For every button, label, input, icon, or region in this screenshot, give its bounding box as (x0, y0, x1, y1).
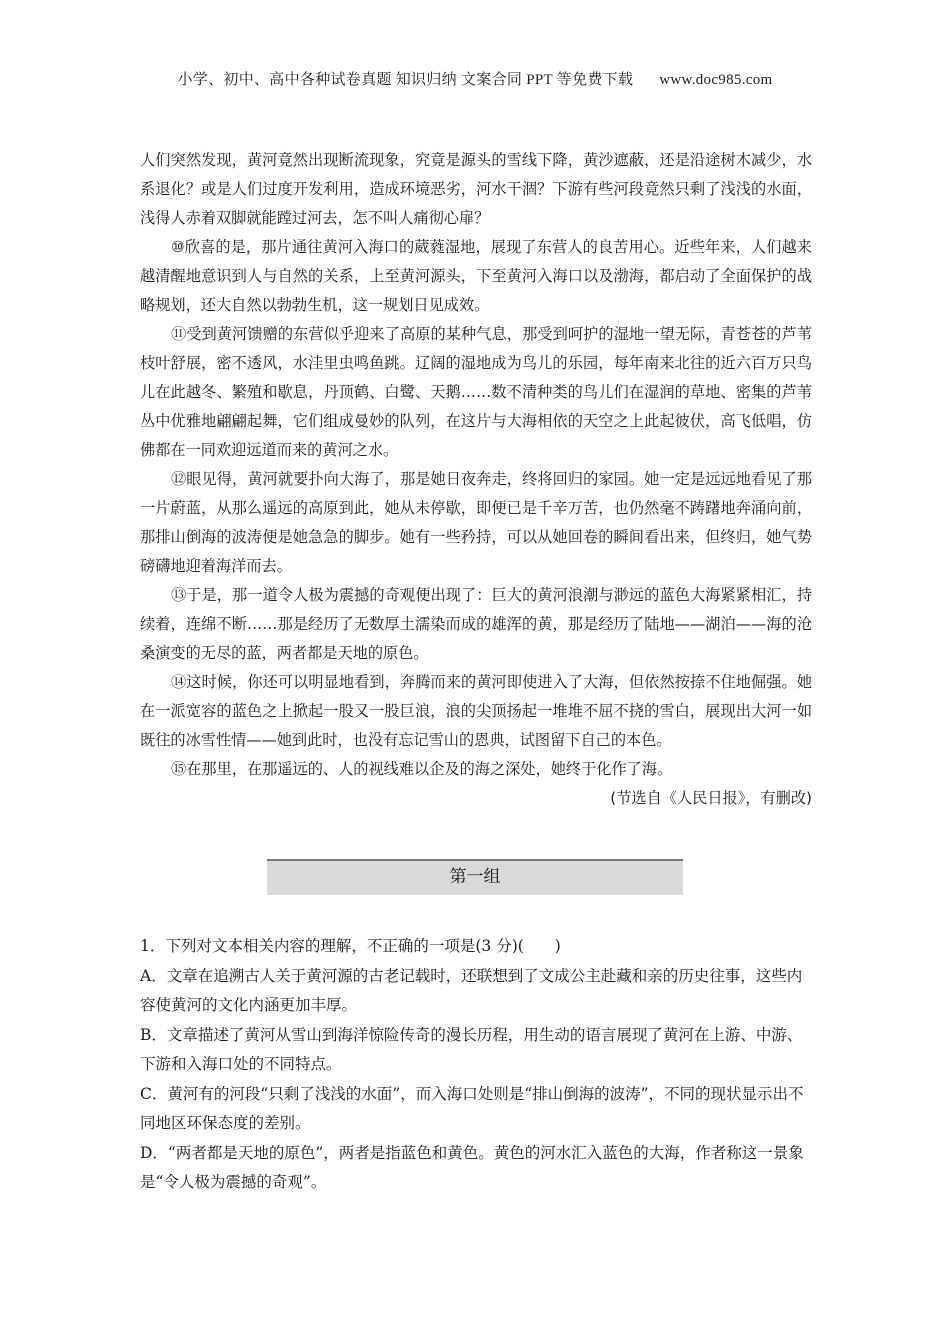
passage-paragraph-13: ⑬于是，那一道令人极为震撼的奇观便出现了：巨大的黄河浪潮与渺远的蓝色大海紧紧相汇… (140, 581, 812, 668)
option-d: D．“两者都是天地的原色”，两者是指蓝色和黄色。黄色的河水汇入蓝色的大海，作者称… (140, 1139, 816, 1198)
header-url: www.doc985.com (659, 72, 772, 88)
passage-source: (节选自《人民日报》，有删改) (140, 784, 812, 813)
section-title-bar: 第一组 (267, 859, 683, 895)
passage-paragraph-12: ⑫眼见得，黄河就要扑向大海了，那是她日夜奔走，终将回归的家园。她一定是远远地看见… (140, 465, 812, 581)
page-header: 小学、初中、高中各种试卷真题 知识归纳 文案合同 PPT 等免费下载www.do… (0, 68, 950, 89)
passage-paragraph-15: ⑮在那里，在那遥远的、人的视线难以企及的海之深处，她终于化作了海。 (140, 755, 812, 784)
passage-paragraph-14: ⑭这时候，你还可以明显地看到，奔腾而来的黄河即使进入了大海，但依然按捺不住地倔强… (140, 668, 812, 755)
question-block: 1．下列对文本相关内容的理解，不正确的一项是(3 分)( ) A．文章在追溯古人… (140, 932, 816, 1198)
option-c: C．黄河有的河段“只剩了浅浅的水面”，而入海口处则是“排山倒海的波涛”，不同的现… (140, 1080, 816, 1139)
section-title: 第一组 (450, 867, 501, 887)
question-stem: 1．下列对文本相关内容的理解，不正确的一项是(3 分)( ) (140, 932, 816, 962)
header-text: 小学、初中、高中各种试卷真题 知识归纳 文案合同 PPT 等免费下载 (178, 72, 634, 88)
option-b: B．文章描述了黄河从雪山到海洋惊险传奇的漫长历程，用生动的语言展现了黄河在上游、… (140, 1021, 816, 1080)
passage-paragraph-10: ⑩欣喜的是，那片通往黄河入海口的葳蕤湿地，展现了东营人的良苦用心。近些年来，人们… (140, 233, 812, 320)
option-a: A．文章在追溯古人关于黄河源的古老记载时，还联想到了文成公主赴藏和亲的历史往事，… (140, 962, 816, 1021)
reading-passage: 人们突然发现，黄河竟然出现断流现象，究竟是源头的雪线下降，黄沙遮蔽，还是沿途树木… (140, 146, 812, 813)
passage-paragraph: 人们突然发现，黄河竟然出现断流现象，究竟是源头的雪线下降，黄沙遮蔽，还是沿途树木… (140, 146, 812, 233)
passage-paragraph-11: ⑪受到黄河馈赠的东营似乎迎来了高原的某种气息，那受到呵护的湿地一望无际，青苍苍的… (140, 320, 812, 465)
